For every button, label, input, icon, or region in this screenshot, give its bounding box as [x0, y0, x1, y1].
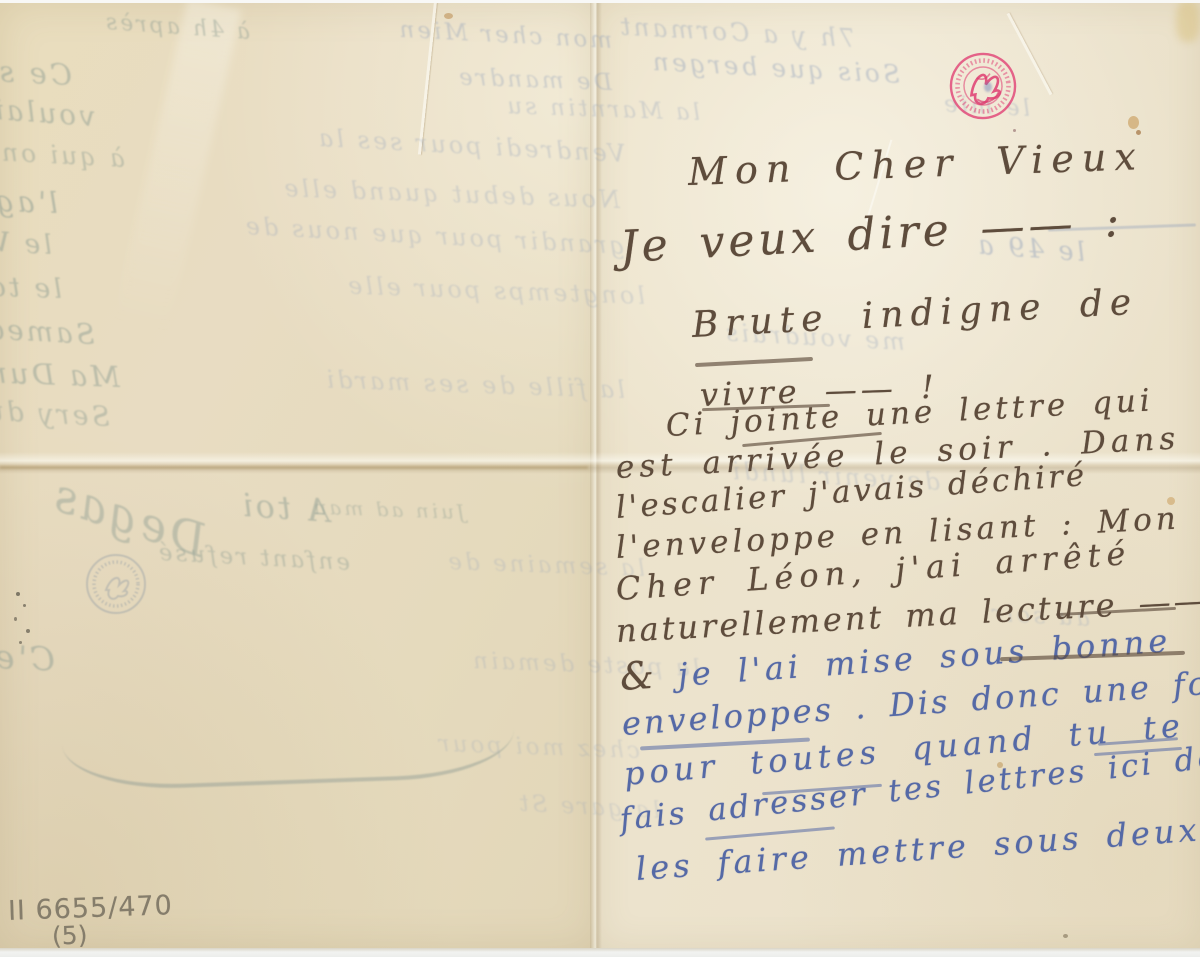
ghost-stamp	[84, 552, 148, 616]
letter-scan: à 4h aprèsCe soir le Monnier quivoulait …	[0, 0, 1200, 957]
ampersand-ink: &	[618, 652, 659, 699]
bleedthrough-line: De mandre	[456, 65, 613, 96]
red-stamp	[942, 45, 1023, 126]
catalog-subnumber: (5)	[52, 920, 88, 950]
scan-edge-top	[0, 0, 1200, 3]
scan-edge-bottom	[0, 948, 1200, 957]
catalog-number: II 6655/470	[8, 890, 174, 927]
scanned-letter-page: { "document": { "kind": "handwritten let…	[0, 0, 1200, 957]
